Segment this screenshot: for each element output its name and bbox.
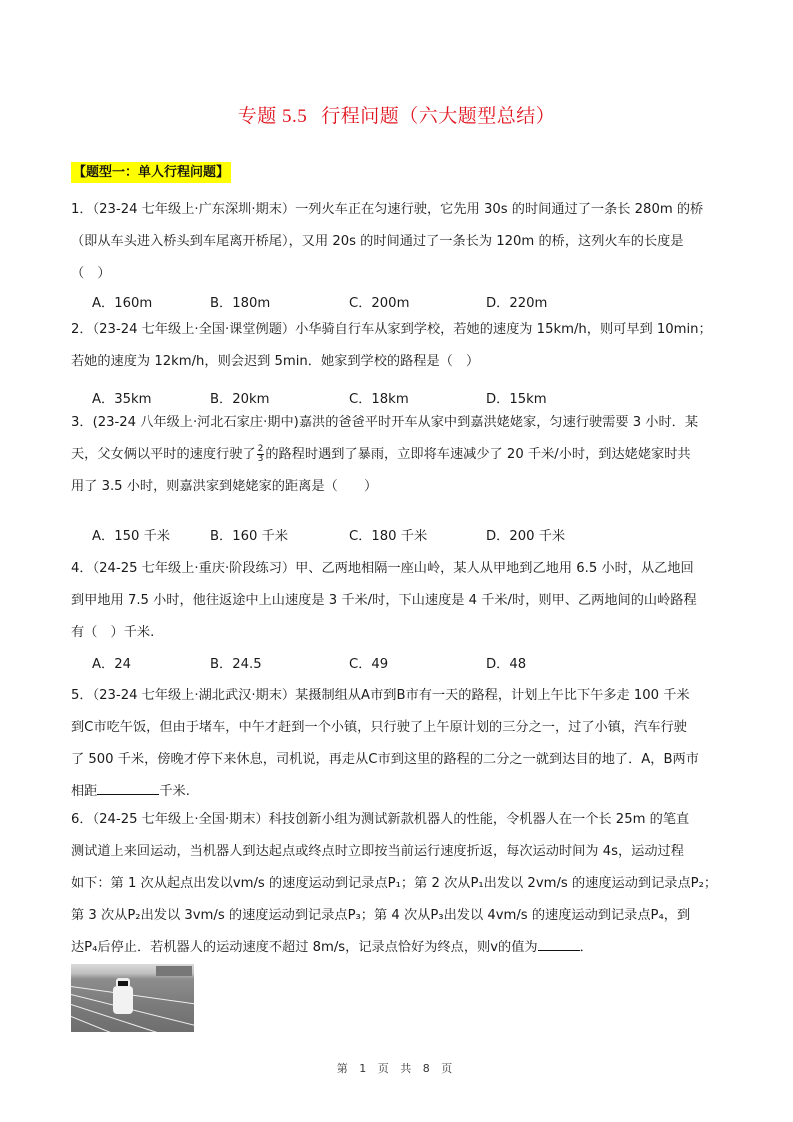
choice-c: C．200m <box>349 292 409 311</box>
question-2-line-2: 若她的速度为 12km/h，则会迟到 5min．她家到学校的路程是（ ） <box>71 346 723 378</box>
question-5-line-4-after: 千米. <box>159 784 190 799</box>
choice-a: A．160m <box>92 292 152 311</box>
choice-d: D．15km <box>486 388 547 407</box>
title-main: 行程问题（六大题型总结） <box>321 105 555 127</box>
question-5-line-1: 5．（23-24 七年级上·湖北武汉·期末）某摄制组从A市到B市有一天的路程，计… <box>71 680 723 712</box>
question-3: 3．(23-24 八年级上·河北石家庄·期中)嘉洪的爸爸平时开车从家中到嘉洪姥姥… <box>71 407 723 503</box>
choice-b: B．20km <box>210 388 270 407</box>
question-1-line-2: （即从车头进入桥头到车尾离开桥尾），又用 20s 的时间通过了一条长为 120m… <box>71 226 723 258</box>
page-footer: 第 1 页 共 8 页 <box>0 1060 793 1076</box>
question-3-line-2-before: 天，父女俩以平时的速度行驶了 <box>71 447 256 462</box>
question-6-line-5-after: ． <box>580 940 593 955</box>
question-4-line-1: 4．（24-25 七年级上·重庆·阶段练习）甲、乙两地相隔一座山岭，某人从甲地到… <box>71 553 723 585</box>
fraction-two-thirds: 23 <box>257 445 265 464</box>
page-title: 专题 5.5行程问题（六大题型总结） <box>0 101 793 128</box>
question-2: 2．（23-24 七年级上·全国·课堂例题）小华骑自行车从家到学校，若她的速度为… <box>71 314 723 378</box>
question-3-line-2: 天，父女俩以平时的速度行驶了23的路程时遇到了暴雨，立即将车速减少了 20 千米… <box>71 439 723 471</box>
robot-track-photo <box>71 964 194 1032</box>
question-5-line-4-before: 相距 <box>71 784 97 799</box>
choice-a: A．150 千米 <box>92 525 170 544</box>
question-6: 6．（24-25 七年级上·全国·期末）科技创新小组为测试新款机器人的性能，令机… <box>71 804 723 964</box>
choice-b: B．160 千米 <box>210 525 288 544</box>
question-1-line-1: 1．（23-24 七年级上·广东深圳·期末）一列火车正在匀速行驶，它先用 30s… <box>71 194 723 226</box>
question-6-line-5: 达P₄后停止．若机器人的运动速度不超过 8m/s，记录点恰好为终点，则v的值为． <box>71 932 723 964</box>
question-1-choices: A．160m B．180m C．200m D．220m <box>92 292 732 312</box>
choice-b: B．180m <box>210 292 270 311</box>
question-3-line-1: 3．(23-24 八年级上·河北石家庄·期中)嘉洪的爸爸平时开车从家中到嘉洪姥姥… <box>71 407 723 439</box>
choice-c: C．180 千米 <box>349 525 427 544</box>
question-4-line-3: 有（ ）千米. <box>71 617 723 649</box>
question-3-choices: A．150 千米 B．160 千米 C．180 千米 D．200 千米 <box>92 525 732 545</box>
choice-a: A．24 <box>92 653 131 672</box>
answer-blank[interactable] <box>538 937 580 951</box>
question-2-choices: A．35km B．20km C．18km D．15km <box>92 388 732 408</box>
question-1: 1．（23-24 七年级上·广东深圳·期末）一列火车正在匀速行驶，它先用 30s… <box>71 194 723 290</box>
question-3-line-3: 用了 3.5 小时，则嘉洪家到姥姥家的距离是（ ） <box>71 471 723 503</box>
question-1-line-3: （ ） <box>71 258 723 290</box>
question-3-line-2-after: 的路程时遇到了暴雨，立即将车速减少了 20 千米/小时，到达姥姥家时共 <box>265 447 690 462</box>
question-5: 5．（23-24 七年级上·湖北武汉·期末）某摄制组从A市到B市有一天的路程，计… <box>71 680 723 808</box>
choice-d: D．200 千米 <box>486 525 565 544</box>
stadium-stand <box>156 966 192 976</box>
question-4: 4．（24-25 七年级上·重庆·阶段练习）甲、乙两地相隔一座山岭，某人从甲地到… <box>71 553 723 649</box>
question-6-line-1: 6．（24-25 七年级上·全国·期末）科技创新小组为测试新款机器人的性能，令机… <box>71 804 723 836</box>
question-2-line-1: 2．（23-24 七年级上·全国·课堂例题）小华骑自行车从家到学校，若她的速度为… <box>71 314 723 346</box>
fraction-numerator: 2 <box>257 445 265 455</box>
robot-icon <box>113 986 133 1014</box>
question-6-line-5-before: 达P₄后停止．若机器人的运动速度不超过 8m/s，记录点恰好为终点，则v的值为 <box>71 940 538 955</box>
question-5-line-2: 到C市吃午饭，但由于堵车，中午才赶到一个小镇，只行驶了上午原计划的三分之一，过了… <box>71 712 723 744</box>
document-page: 专题 5.5行程问题（六大题型总结） 【题型一：单人行程问题】 1．（23-24… <box>0 0 793 1122</box>
choice-a: A．35km <box>92 388 151 407</box>
section-tag-type-1: 【题型一：单人行程问题】 <box>71 162 231 183</box>
question-6-line-3: 如下：第 1 次从起点出发以vm/s 的速度运动到记录点P₁；第 2 次从P₁出… <box>71 868 723 900</box>
question-6-line-2: 测试道上来回运动，当机器人到达起点或终点时立即按当前运行速度折返，每次运动时间为… <box>71 836 723 868</box>
title-prefix: 专题 5.5 <box>238 106 308 127</box>
answer-blank[interactable] <box>97 781 159 795</box>
fraction-denominator: 3 <box>257 455 265 464</box>
choice-d: D．48 <box>486 653 526 672</box>
choice-d: D．220m <box>486 292 547 311</box>
question-5-line-3: 了 500 千米，傍晚才停下来休息，司机说，再走从C市到这里的路程的二分之一就到… <box>71 744 723 776</box>
choice-c: C．49 <box>349 653 388 672</box>
question-4-line-2: 到甲地用 7.5 小时，他往返途中上山速度是 3 千米/时，下山速度是 4 千米… <box>71 585 723 617</box>
question-4-choices: A．24 B．24.5 C．49 D．48 <box>92 653 732 673</box>
question-6-line-4: 第 3 次从P₂出发以 3vm/s 的速度运动到记录点P₃；第 4 次从P₃出发… <box>71 900 723 932</box>
choice-b: B．24.5 <box>210 653 262 672</box>
choice-c: C．18km <box>349 388 409 407</box>
robot-eyes <box>118 981 128 986</box>
